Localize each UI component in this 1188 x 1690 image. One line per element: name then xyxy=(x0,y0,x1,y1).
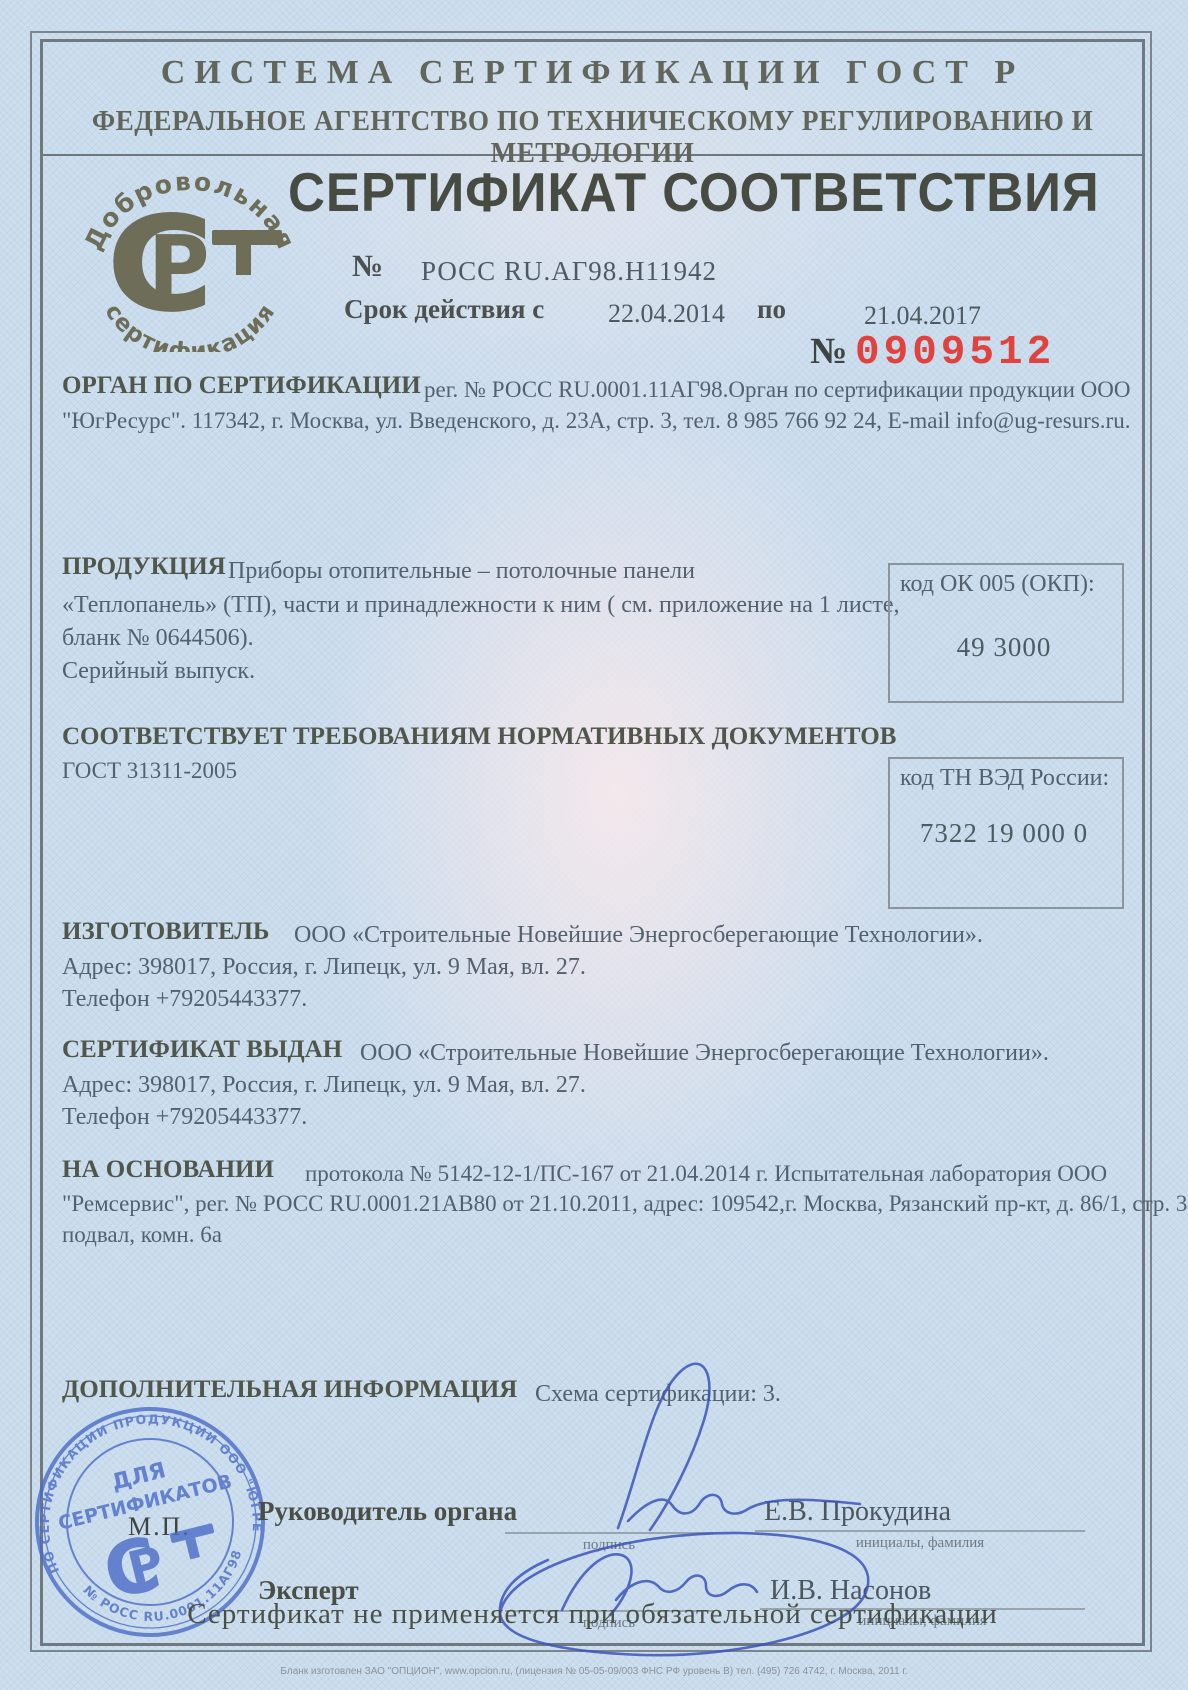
rst-logo-icon: Добровольная сертификация С Р xyxy=(76,164,304,352)
organ-text1: рег. № РОСС RU.0001.11АГ98.Орган по серт… xyxy=(424,377,1130,403)
validity-date-to: 21.04.2017 xyxy=(864,301,981,331)
issued-phone: Телефон +79205443377. xyxy=(62,1104,307,1131)
blank-number: 0909512 xyxy=(855,330,1055,376)
manufacturer-address: Адрес: 398017, Россия, г. Липецк, ул. 9 … xyxy=(62,954,586,981)
bottom-note: Сертификат не применяется при обязательн… xyxy=(43,1598,1142,1631)
issued-address: Адрес: 398017, Россия, г. Липецк, ул. 9 … xyxy=(62,1072,586,1099)
tnved-code-label: код ТН ВЭД России: xyxy=(900,765,1109,792)
logo-t-stem xyxy=(236,245,251,275)
basis-text1: протокола № 5142-12-1/ПС-167 от 21.04.20… xyxy=(305,1161,1107,1187)
validity-date-from: 22.04.2014 xyxy=(608,299,725,329)
head-signature-icon xyxy=(618,1364,709,1530)
certificate-title: СЕРТИФИКАТ СООТВЕТСТВИЯ xyxy=(288,160,1100,224)
blank-number-sign: № xyxy=(810,330,847,373)
cert-number-label: № xyxy=(352,248,383,284)
basis-text3: подвал, комн. 6а xyxy=(62,1222,222,1248)
conforms-text: ГОСТ 31311-2005 xyxy=(62,758,237,784)
certificate-page: СИСТЕМА СЕРТИФИКАЦИИ ГОСТ Р ФЕДЕРАЛЬНОЕ … xyxy=(0,0,1188,1690)
validity-po-label: по xyxy=(757,294,786,325)
basis-text2: "Ремсервис", рег. № РОСС RU.0001.21АВ80 … xyxy=(62,1191,1188,1217)
section-product-label: ПРОДУКЦИЯ xyxy=(62,553,226,581)
rst-logo: Добровольная сертификация С Р xyxy=(76,164,304,352)
product-line1: Приборы отопительные – потолочные панели xyxy=(228,558,695,585)
header-line1: СИСТЕМА СЕРТИФИКАЦИИ ГОСТ Р xyxy=(43,54,1142,92)
cert-number-value: РОСС RU.АГ98.Н11942 xyxy=(421,256,717,287)
manufacturer-text: ООО «Строительные Новейшие Энергосберега… xyxy=(294,922,983,949)
blank-manufacturer-footer: Бланк изготовлен ЗАО "ОПЦИОН", www.opcio… xyxy=(0,1666,1188,1677)
section-issued-label: СЕРТИФИКАТ ВЫДАН xyxy=(62,1036,342,1064)
product-line3: бланк № 0644506). xyxy=(62,625,254,652)
okp-code-value: 49 3000 xyxy=(888,632,1120,663)
issued-text: ООО «Строительные Новейшие Энергосберега… xyxy=(360,1040,1049,1067)
tnved-code-value: 7322 19 000 0 xyxy=(888,818,1120,849)
expert-signature-oval xyxy=(500,1533,868,1655)
okp-code-label: код ОК 005 (ОКП): xyxy=(900,571,1095,598)
head-signature-flourish xyxy=(628,1495,860,1521)
product-line2: «Теплопанель» (ТП), части и принадлежнос… xyxy=(62,592,900,619)
logo-t-bar xyxy=(212,230,282,245)
section-organ-label: ОРГАН ПО СЕРТИФИКАЦИИ xyxy=(62,372,421,400)
manufacturer-phone: Телефон +79205443377. xyxy=(62,986,307,1013)
section-basis-label: НА ОСНОВАНИИ xyxy=(62,1156,274,1184)
product-line4: Серийный выпуск. xyxy=(62,658,255,685)
section-manufacturer-label: ИЗГОТОВИТЕЛЬ xyxy=(62,918,269,946)
organ-text2: "ЮгРесурс". 117342, г. Москва, ул. Введе… xyxy=(62,408,1130,434)
logo-letter-r: Р xyxy=(148,217,210,315)
section-conforms-label: СООТВЕТСТВУЕТ ТРЕБОВАНИЯМ НОРМАТИВНЫХ ДО… xyxy=(62,723,896,751)
validity-label: Срок действия с xyxy=(344,294,544,325)
